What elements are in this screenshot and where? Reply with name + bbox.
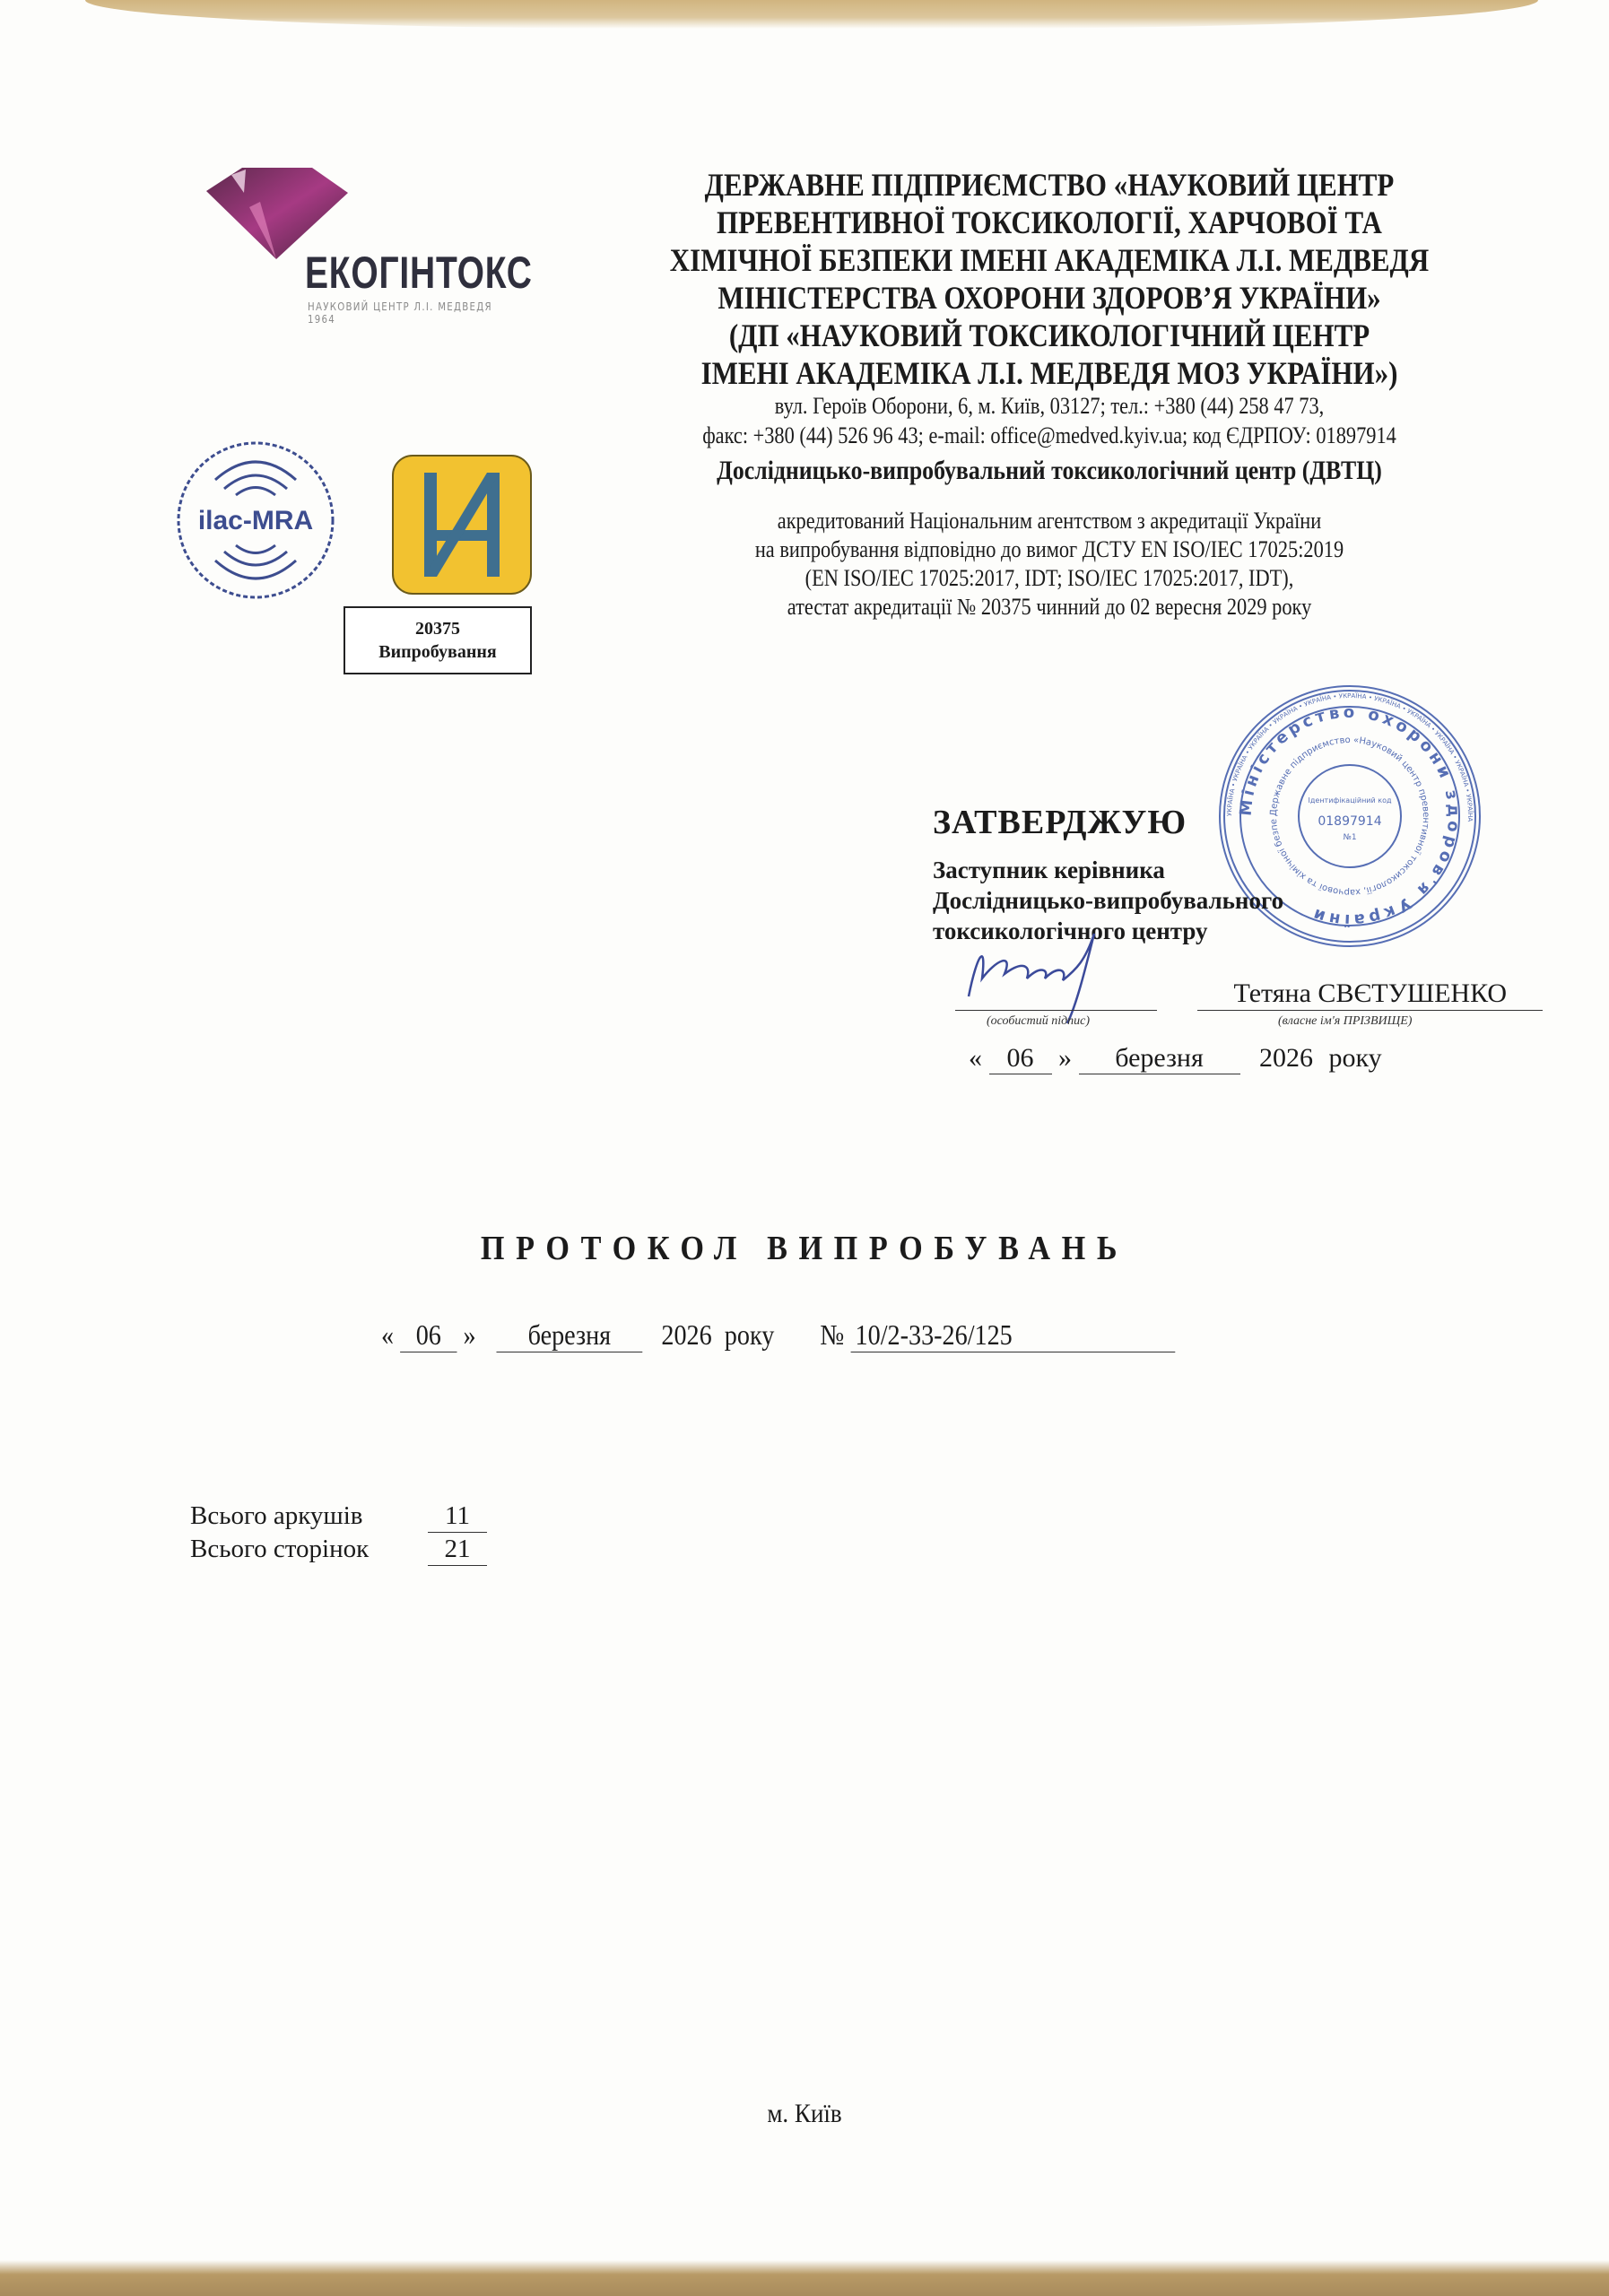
number-sign: № bbox=[820, 1318, 844, 1351]
logo-name: ЕКОГІНТОКС bbox=[305, 247, 533, 299]
city: м. Київ bbox=[81, 2099, 1529, 2129]
paper-top-edge bbox=[85, 0, 1538, 29]
role-line: Заступник керівника bbox=[933, 855, 1525, 885]
badge-number: 20375 bbox=[345, 617, 530, 640]
role-line: Дослідницько-випробувального bbox=[933, 885, 1525, 916]
ecohintox-logo: ЕКОГІНТОКС НАУКОВИЙ ЦЕНТР Л.І. МЕДВЕДЯ 1… bbox=[179, 166, 538, 309]
org-line: ХІМІЧНОЇ БЕЗПЕКИ ІМЕНІ АКАДЕМІКА Л.І. МЕ… bbox=[640, 241, 1458, 279]
approval-year: 2026 bbox=[1259, 1043, 1313, 1073]
center-name: Дослідницько-випробувальний токсикологіч… bbox=[640, 456, 1458, 486]
document-totals: Всього аркушів 11 Всього сторінок 21 bbox=[190, 1500, 487, 1566]
pages-label: Всього сторінок bbox=[190, 1533, 428, 1565]
org-line: ПРЕВЕНТИВНОЇ ТОКСИКОЛОГІЇ, ХАРЧОВОЇ ТА bbox=[640, 204, 1458, 241]
accreditation-line: акредитований Національним агентством з … bbox=[640, 507, 1458, 535]
approval-block: ЗАТВЕРДЖУЮ Заступник керівника Дослідниц… bbox=[933, 803, 1525, 1074]
signature-icon bbox=[960, 925, 1121, 1023]
sheets-value: 11 bbox=[428, 1500, 487, 1533]
name-caption: (власне ім'я ПРІЗВИЩЕ) bbox=[1278, 1014, 1412, 1029]
org-line: (ДП «НАУКОВИЙ ТОКСИКОЛОГІЧНИЙ ЦЕНТР bbox=[640, 317, 1458, 354]
approval-year-suffix: року bbox=[1329, 1043, 1382, 1073]
name-line bbox=[1197, 1010, 1543, 1011]
approver-name: Тетяна СВЄТУШЕНКО bbox=[1234, 978, 1507, 1009]
protocol-day: 06 bbox=[400, 1318, 457, 1352]
organization-contacts: вул. Героїв Оборони, 6, м. Київ, 03127; … bbox=[640, 391, 1458, 450]
protocol-year: 2026 bbox=[661, 1318, 711, 1351]
accreditation-badge: 20375 Випробування bbox=[344, 606, 532, 674]
approval-month: березня bbox=[1079, 1043, 1240, 1074]
organization-name: ДЕРЖАВНЕ ПІДПРИЄМСТВО «НАУКОВИЙ ЦЕНТР ПР… bbox=[640, 166, 1458, 392]
protocol-date-number: « 06 » березня 2026 року № 10/2-33-26/12… bbox=[381, 1318, 1175, 1352]
approval-day: 06 bbox=[989, 1043, 1052, 1074]
svg-text:ilac-MRA: ilac-MRA bbox=[198, 506, 313, 535]
approval-date: « 06 » березня 2026 року bbox=[933, 1043, 1525, 1074]
org-line: ІМЕНІ АКАДЕМІКА Л.І. МЕДВЕДЯ МОЗ УКРАЇНИ… bbox=[640, 354, 1458, 392]
address-line: вул. Героїв Оборони, 6, м. Київ, 03127; … bbox=[640, 391, 1458, 421]
pages-value: 21 bbox=[428, 1533, 487, 1566]
org-line: МІНІСТЕРСТВА ОХОРОНИ ЗДОРОВ’Я УКРАЇНИ» bbox=[640, 279, 1458, 317]
signature-caption: (особистий підпис) bbox=[987, 1014, 1090, 1029]
signature-line bbox=[955, 1010, 1157, 1011]
protocol-title: ПРОТОКОЛ ВИПРОБУВАНЬ bbox=[81, 1229, 1529, 1268]
org-line: ДЕРЖАВНЕ ПІДПРИЄМСТВО «НАУКОВИЙ ЦЕНТР bbox=[640, 166, 1458, 204]
badge-scope: Випробування bbox=[345, 640, 530, 664]
ilac-mra-logo-icon: ilac-MRA bbox=[175, 439, 336, 601]
protocol-number: 10/2-33-26/125 bbox=[850, 1318, 1175, 1352]
accreditation-line: атестат акредитації № 20375 чинний до 02… bbox=[640, 593, 1458, 622]
protocol-year-suffix: року bbox=[725, 1318, 775, 1351]
accreditation-line: на випробування відповідно до вимог ДСТУ… bbox=[640, 535, 1458, 564]
logo-subtitle: НАУКОВИЙ ЦЕНТР Л.І. МЕДВЕДЯ 1964 bbox=[308, 300, 503, 326]
contacts-line: факс: +380 (44) 526 96 43; e-mail: offic… bbox=[640, 421, 1458, 450]
approval-title: ЗАТВЕРДЖУЮ bbox=[933, 803, 1525, 842]
sheets-label: Всього аркушів bbox=[190, 1500, 428, 1532]
naau-logo-icon bbox=[390, 453, 534, 596]
accreditation-info: акредитований Національним агентством з … bbox=[640, 507, 1458, 622]
accreditation-line: (EN ISO/IEC 17025:2017, IDT; ISO/IEC 170… bbox=[640, 564, 1458, 593]
protocol-month: березня bbox=[496, 1318, 642, 1352]
signature-row: (особистий підпис) Тетяна СВЄТУШЕНКО (вл… bbox=[933, 952, 1525, 1011]
paper-bottom-edge bbox=[0, 2260, 1609, 2296]
